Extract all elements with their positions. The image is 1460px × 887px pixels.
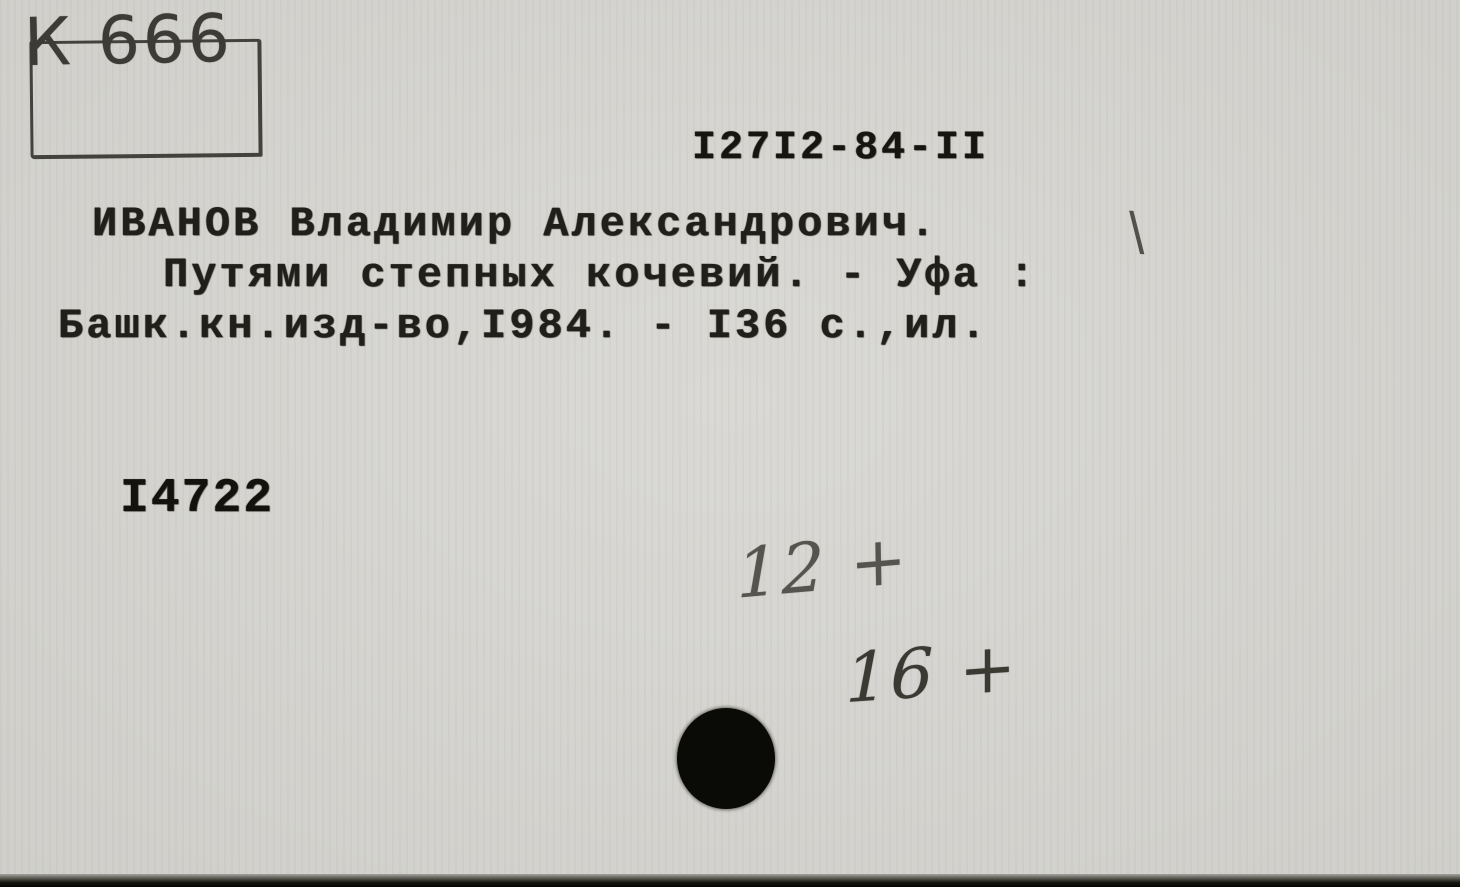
record-author-line: ИВАНОВ Владимир Александрович. [92,200,938,248]
punch-hole-dot [677,708,775,809]
accession-number: I4722 [120,472,274,526]
card-bottom-edge [0,874,1460,887]
handwritten-age-note-16: 16 + [845,628,1018,719]
record-imprint-line: Башк.кн.изд-во,I984. - I36 с.,ил. [58,302,989,350]
scanned-catalog-card: { "card": { "call_number": "К 666", "ind… [0,0,1460,887]
index-number: I27I2-84-II [692,126,989,171]
record-title-line: Путями степных кочевий. - Уфа : [163,251,1037,299]
handwritten-tick-mark: \ [1126,202,1149,263]
call-number: К 666 [23,0,233,81]
handwritten-age-note-12: 12 + [736,520,910,614]
